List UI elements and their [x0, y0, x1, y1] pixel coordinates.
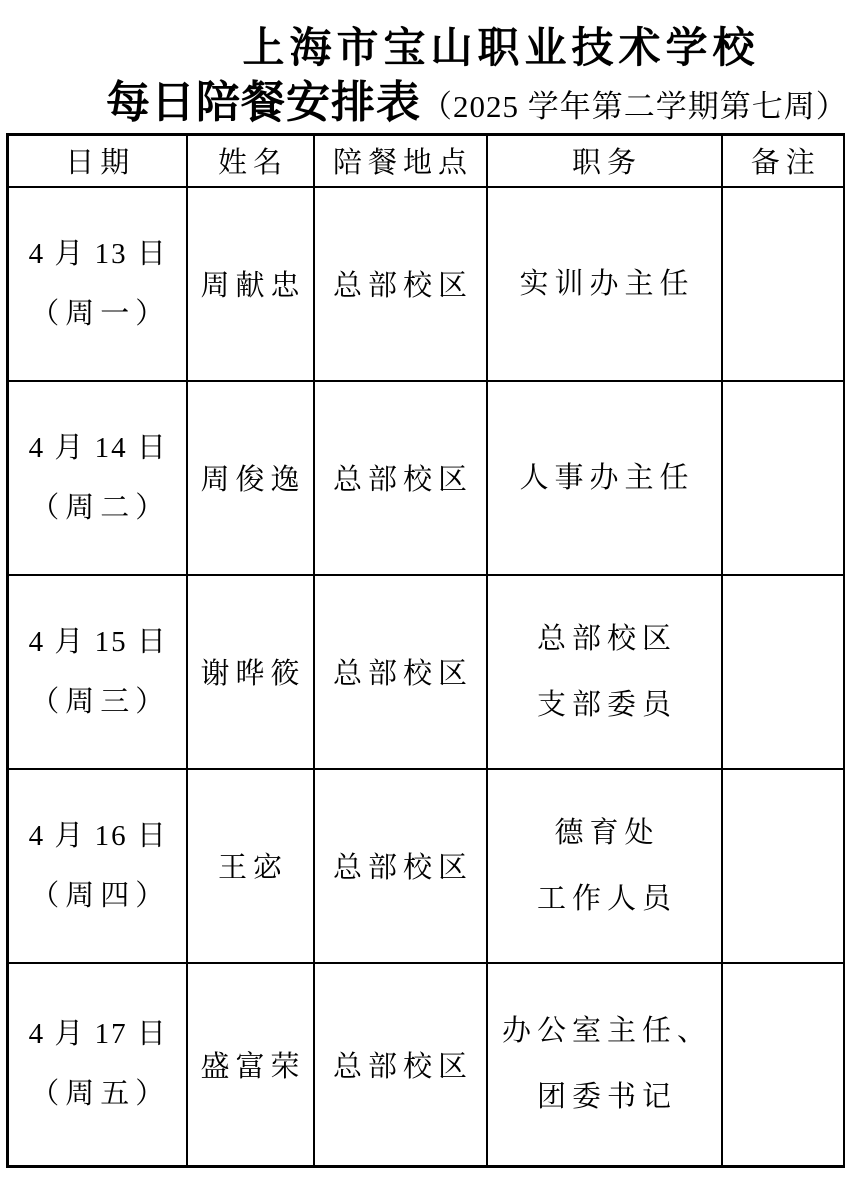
cell-location: 总部校区 [314, 187, 487, 381]
position-text: 总部校区 [488, 606, 721, 672]
position-text: 支部委员 [488, 672, 721, 738]
name-text: 周俊逸 [188, 457, 313, 498]
table-title-subtitle: （2025 学年第二学期第七周） [421, 89, 845, 124]
cell-name: 谢晔筱 [187, 575, 314, 769]
position-text: 实训办主任 [488, 251, 721, 317]
cell-date: 4 月 15 日 （周三） [8, 575, 187, 769]
date-text: 4 月 13 日 [9, 224, 186, 284]
weekday-text: （周四） [9, 866, 186, 926]
header-position-label: 职务 [488, 140, 721, 181]
location-text: 总部校区 [315, 845, 486, 886]
cell-remark [722, 575, 845, 769]
weekday-text: （周五） [9, 1064, 186, 1124]
cell-remark [722, 381, 845, 575]
location-text: 总部校区 [315, 651, 486, 692]
cell-remark [722, 769, 845, 963]
table-row: 4 月 17 日 （周五） 盛富荣 总部校区 办公室主任、 团委书记 [8, 963, 845, 1167]
cell-date: 4 月 17 日 （周五） [8, 963, 187, 1167]
table-title-main: 每日陪餐安排表 [106, 78, 421, 127]
header-date-label: 日期 [9, 140, 186, 181]
header-position: 职务 [487, 135, 722, 187]
cell-name: 周献忠 [187, 187, 314, 381]
cell-location: 总部校区 [314, 575, 487, 769]
cell-name: 周俊逸 [187, 381, 314, 575]
cell-position: 办公室主任、 团委书记 [487, 963, 722, 1167]
position-text: 德育处 [488, 800, 721, 866]
schedule-table: 日期 姓名 陪餐地点 职务 备注 4 月 13 日 （周一） 周献忠 总部校区 … [6, 133, 845, 1168]
table-title: 每日陪餐安排表（2025 学年第二学期第七周） [0, 66, 845, 130]
header-remark: 备注 [722, 135, 845, 187]
date-text: 4 月 14 日 [9, 418, 186, 478]
date-text: 4 月 15 日 [9, 612, 186, 672]
name-text: 王宓 [188, 845, 313, 886]
header-name: 姓名 [187, 135, 314, 187]
weekday-text: （周二） [9, 478, 186, 538]
cell-location: 总部校区 [314, 381, 487, 575]
weekday-text: （周三） [9, 672, 186, 732]
date-text: 4 月 17 日 [9, 1004, 186, 1064]
cell-location: 总部校区 [314, 963, 487, 1167]
header-remark-label: 备注 [723, 140, 844, 181]
table-row: 4 月 14 日 （周二） 周俊逸 总部校区 人事办主任 [8, 381, 845, 575]
cell-date: 4 月 16 日 （周四） [8, 769, 187, 963]
cell-date: 4 月 13 日 （周一） [8, 187, 187, 381]
header-location: 陪餐地点 [314, 135, 487, 187]
document-page: 上海市宝山职业技术学校 每日陪餐安排表（2025 学年第二学期第七周） 日期 姓… [0, 0, 845, 1180]
cell-name: 王宓 [187, 769, 314, 963]
cell-remark [722, 963, 845, 1167]
cell-position: 总部校区 支部委员 [487, 575, 722, 769]
position-text: 办公室主任、 [488, 998, 721, 1064]
cell-position: 人事办主任 [487, 381, 722, 575]
name-text: 盛富荣 [188, 1044, 313, 1085]
header-name-label: 姓名 [188, 140, 313, 181]
table-header-row: 日期 姓名 陪餐地点 职务 备注 [8, 135, 845, 187]
header-location-label: 陪餐地点 [315, 140, 486, 181]
table-row: 4 月 16 日 （周四） 王宓 总部校区 德育处 工作人员 [8, 769, 845, 963]
header-date: 日期 [8, 135, 187, 187]
table-row: 4 月 13 日 （周一） 周献忠 总部校区 实训办主任 [8, 187, 845, 381]
cell-location: 总部校区 [314, 769, 487, 963]
cell-remark [722, 187, 845, 381]
location-text: 总部校区 [315, 1044, 486, 1085]
location-text: 总部校区 [315, 457, 486, 498]
cell-position: 德育处 工作人员 [487, 769, 722, 963]
table-row: 4 月 15 日 （周三） 谢晔筱 总部校区 总部校区 支部委员 [8, 575, 845, 769]
cell-position: 实训办主任 [487, 187, 722, 381]
location-text: 总部校区 [315, 263, 486, 304]
weekday-text: （周一） [9, 284, 186, 344]
cell-date: 4 月 14 日 （周二） [8, 381, 187, 575]
name-text: 周献忠 [188, 263, 313, 304]
position-text: 人事办主任 [488, 445, 721, 511]
position-text: 工作人员 [488, 866, 721, 932]
position-text: 团委书记 [488, 1064, 721, 1130]
date-text: 4 月 16 日 [9, 806, 186, 866]
name-text: 谢晔筱 [188, 651, 313, 692]
cell-name: 盛富荣 [187, 963, 314, 1167]
